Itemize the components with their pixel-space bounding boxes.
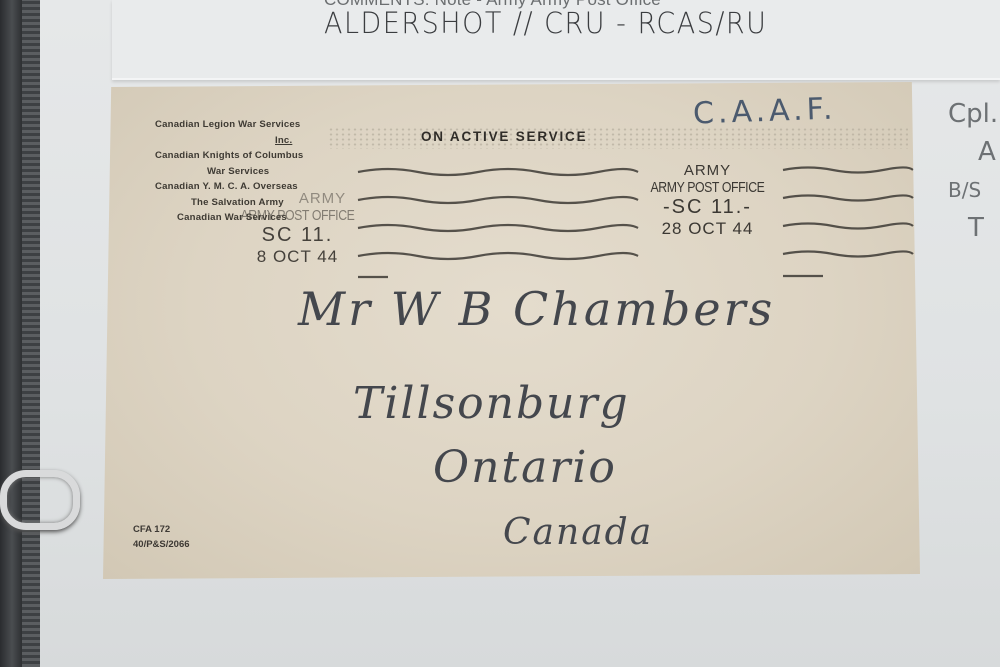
postmark-line: ARMY POST OFFICE xyxy=(651,179,765,196)
form-number-line: 40/P&S/2066 xyxy=(133,537,190,552)
form-number: CFA 172 40/P&S/2066 xyxy=(133,522,190,552)
envelope: Canadian Legion War Services Inc. Canadi… xyxy=(103,82,920,579)
caaf-annotation: C.A.A.F. xyxy=(692,92,837,132)
on-active-service-header: ON ACTIVE SERVICE xyxy=(421,129,587,144)
postmark-line: ARMY xyxy=(228,190,367,207)
postmark-line: SC 11. xyxy=(228,224,367,247)
address-province: Ontario xyxy=(433,442,617,493)
sponsor-line: Inc. xyxy=(155,133,303,149)
address-city: Tillsonburg xyxy=(353,378,630,429)
side-note-line: T xyxy=(948,209,998,247)
postmark-left: ARMY ARMY POST OFFICE SC 11. 8 OCT 44 xyxy=(228,190,367,267)
binder-edge xyxy=(22,0,40,667)
sponsor-line: War Services xyxy=(155,164,303,180)
address-country: Canada xyxy=(503,512,653,553)
postmark-right: ARMY ARMY POST OFFICE -SC 11.- 28 OCT 44 xyxy=(638,162,777,239)
sponsor-line: Canadian Legion War Services xyxy=(155,117,303,133)
side-note-line: B/S xyxy=(948,171,998,209)
form-number-line: CFA 172 xyxy=(133,522,190,537)
side-note-line: Cpl. xyxy=(948,95,998,133)
sponsor-line: Canadian Knights of Columbus xyxy=(155,148,303,164)
binder-ring xyxy=(0,470,80,530)
handwritten-note: ALDERSHOT // CRU - RCAS/RU xyxy=(324,6,767,40)
postmark-line: ARMY xyxy=(638,162,777,179)
comment-strip: COMMENTS: Note - Army Army Post Office A… xyxy=(112,0,1000,80)
postmark-line: ARMY POST OFFICE xyxy=(241,207,355,224)
postmark-line: 28 OCT 44 xyxy=(638,219,777,239)
side-note-line: A xyxy=(948,133,998,171)
postmark-line: 8 OCT 44 xyxy=(228,247,367,267)
address-name: Mr W B Chambers xyxy=(298,282,775,336)
side-note: Cpl. A B/S T xyxy=(948,95,998,247)
postmark-line: -SC 11.- xyxy=(638,196,777,219)
dotted-band xyxy=(328,127,908,149)
